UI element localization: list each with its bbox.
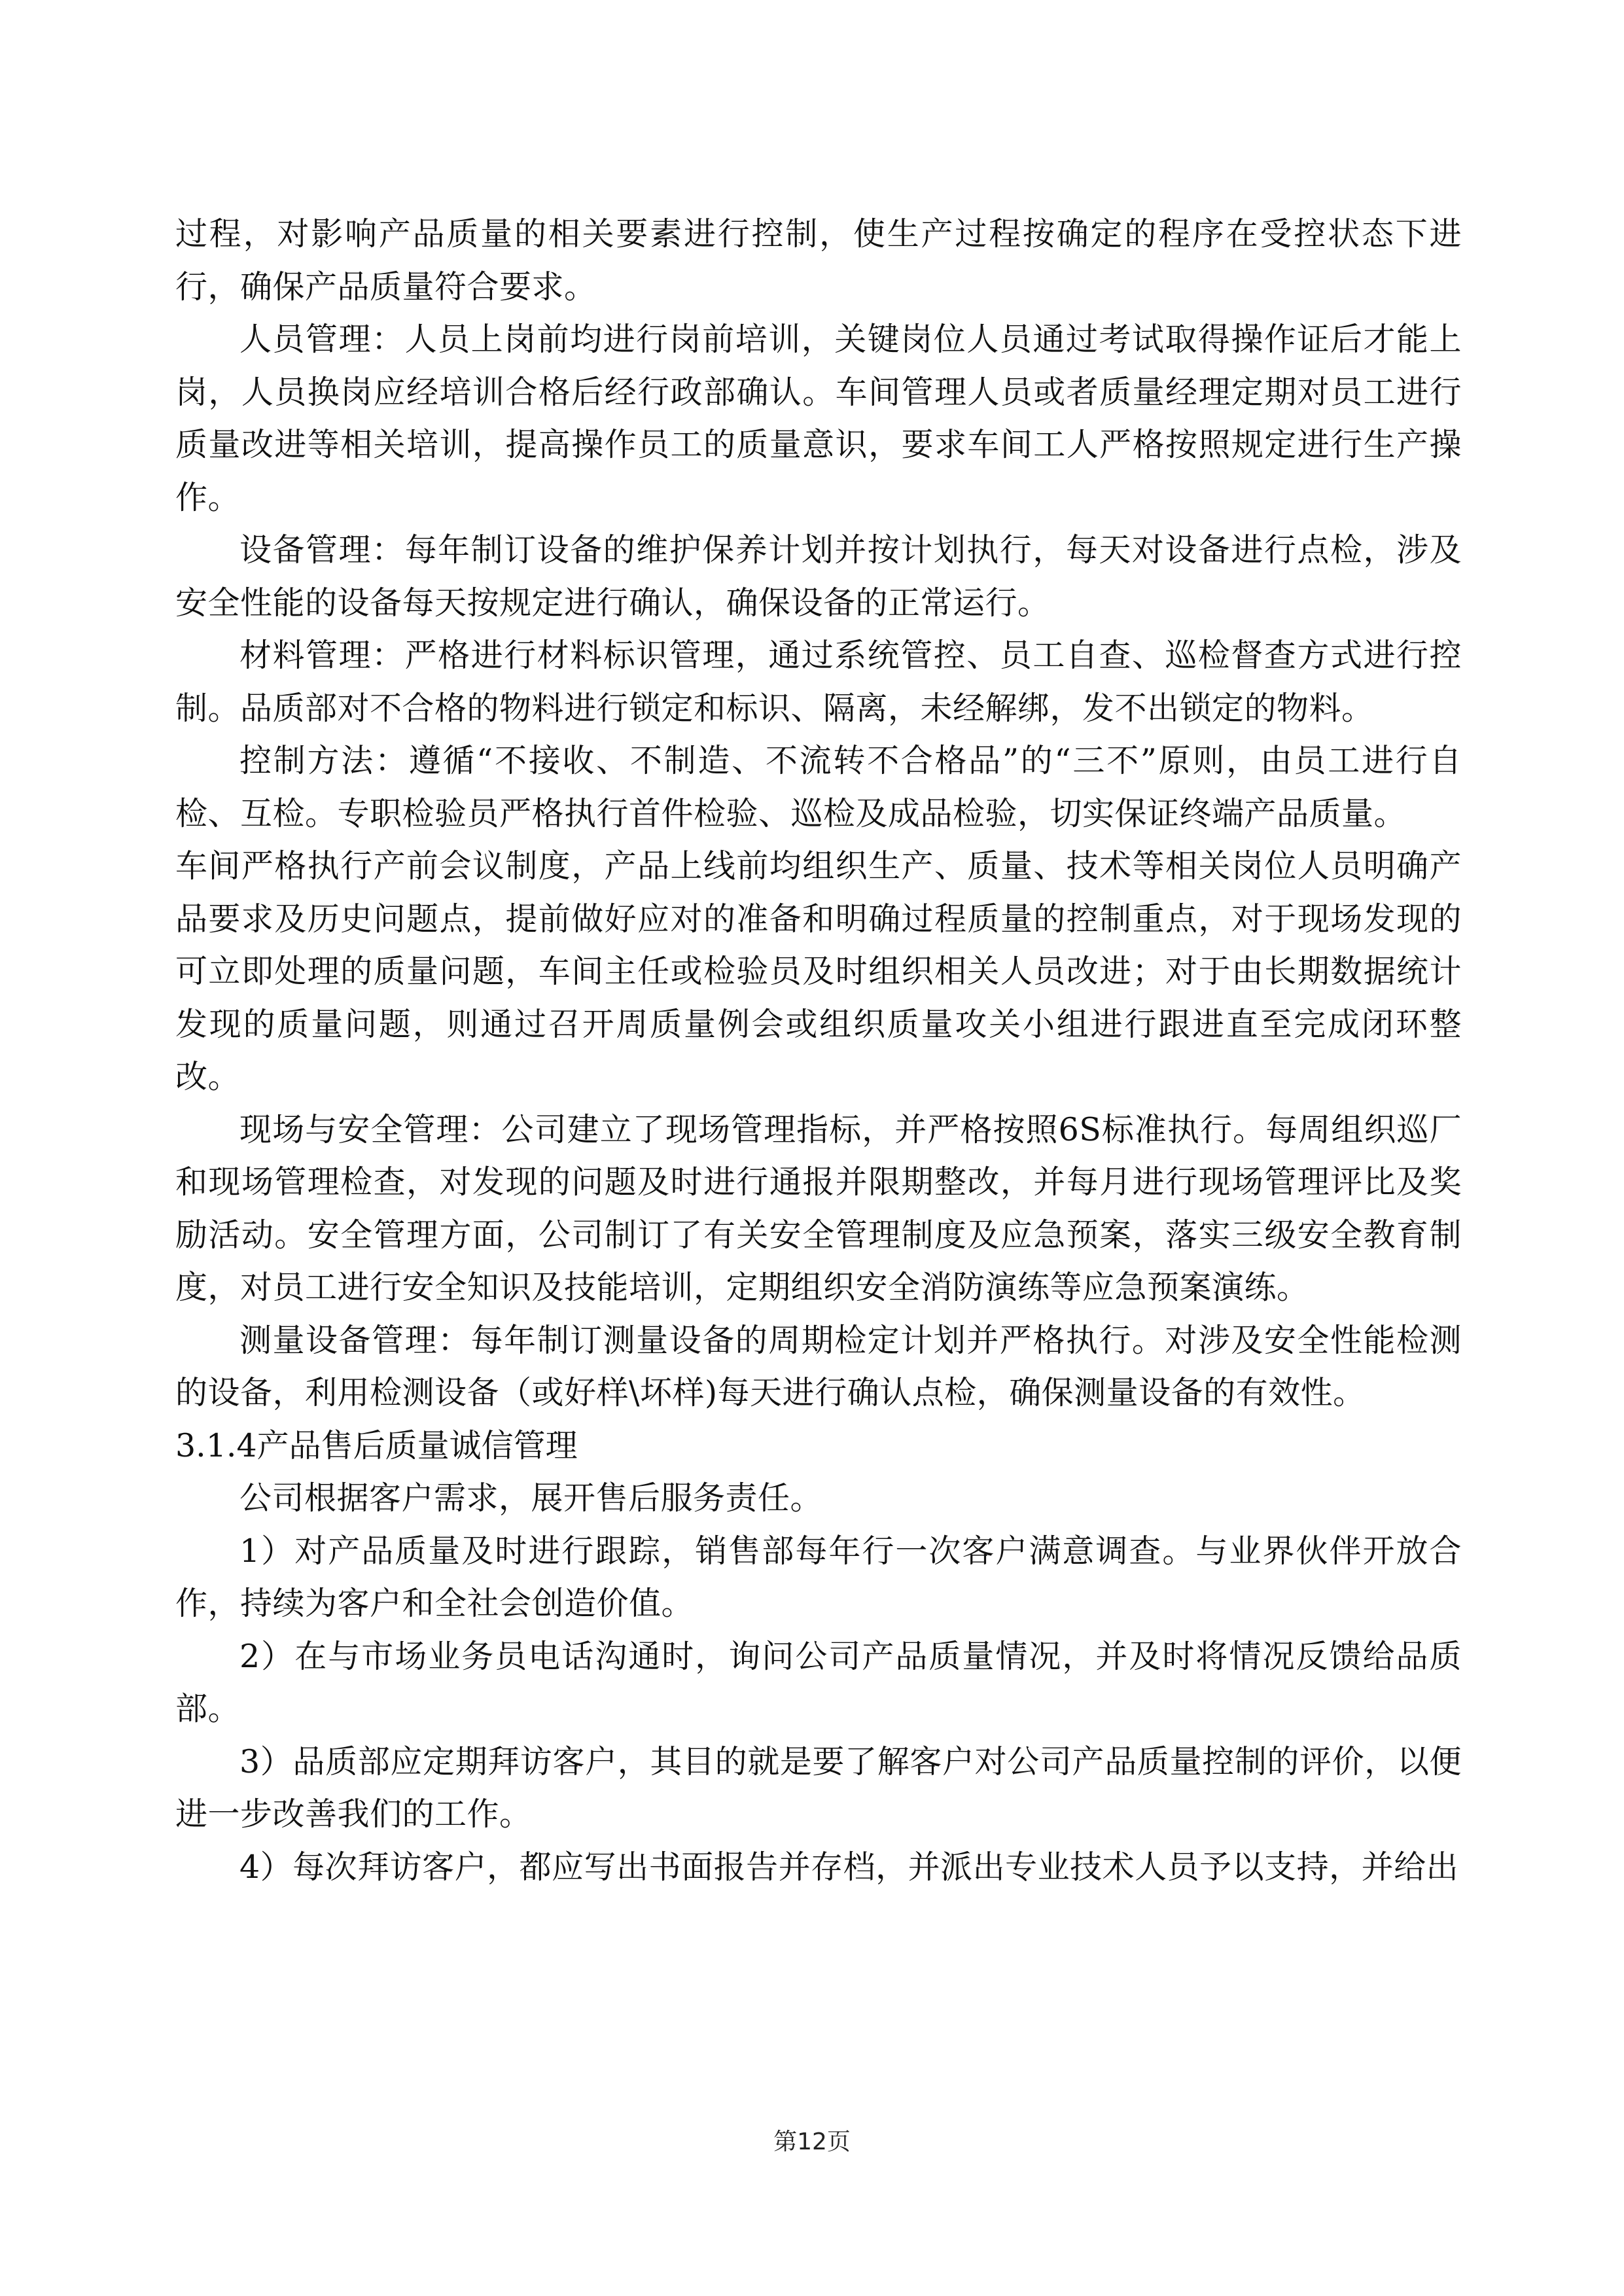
paragraph-material-management: 材料管理：严格进行材料标识管理，通过系统管控、员工自查、巡检督查方式进行控制。品… bbox=[175, 629, 1462, 735]
paragraph-personnel-management: 人员管理：人员上岗前均进行岗前培训，关键岗位人员通过考试取得操作证后才能上岗，人… bbox=[175, 313, 1462, 524]
paragraph-equipment-management: 设备管理：每年制订设备的维护保养计划并按计划执行，每天对设备进行点检，涉及安全性… bbox=[175, 524, 1462, 629]
page-number-footer: 第12页 bbox=[0, 2123, 1624, 2157]
document-page: 过程，对影响产品质量的相关要素进行控制，使生产过程按确定的程序在受控状态下进行，… bbox=[175, 208, 1462, 1894]
paragraph-control-method: 控制方法：遵循“不接收、不制造、不流转不合格品”的“三不”原则，由员工进行自检、… bbox=[175, 735, 1462, 840]
paragraph-after-sales-intro: 公司根据客户需求，展开售后服务责任。 bbox=[175, 1472, 1462, 1525]
paragraph-measurement-equipment: 测量设备管理：每年制订测量设备的周期检定计划并严格执行。对涉及安全性能检测的设备… bbox=[175, 1315, 1462, 1420]
section-heading-after-sales: 3.1.4产品售后质量诚信管理 bbox=[175, 1420, 1462, 1473]
list-item-1: 1）对产品质量及时进行跟踪，销售部每年行一次客户满意调查。与业界伙伴开放合作，持… bbox=[175, 1525, 1462, 1631]
list-item-3: 3）品质部应定期拜访客户，其目的就是要了解客户对公司产品质量控制的评价，以便进一… bbox=[175, 1736, 1462, 1841]
paragraph-preproduction-meeting: 车间严格执行产前会议制度，产品上线前均组织生产、质量、技术等相关岗位人员明确产品… bbox=[175, 840, 1462, 1104]
list-item-4: 4）每次拜访客户，都应写出书面报告并存档，并派出专业技术人员予以支持，并给出 bbox=[175, 1841, 1462, 1894]
paragraph-site-safety-management: 现场与安全管理：公司建立了现场管理指标，并严格按照6S标准执行。每周组织巡厂和现… bbox=[175, 1104, 1462, 1315]
paragraph-process-control: 过程，对影响产品质量的相关要素进行控制，使生产过程按确定的程序在受控状态下进行，… bbox=[175, 208, 1462, 313]
list-item-2: 2）在与市场业务员电话沟通时，询问公司产品质量情况，并及时将情况反馈给品质部。 bbox=[175, 1631, 1462, 1736]
